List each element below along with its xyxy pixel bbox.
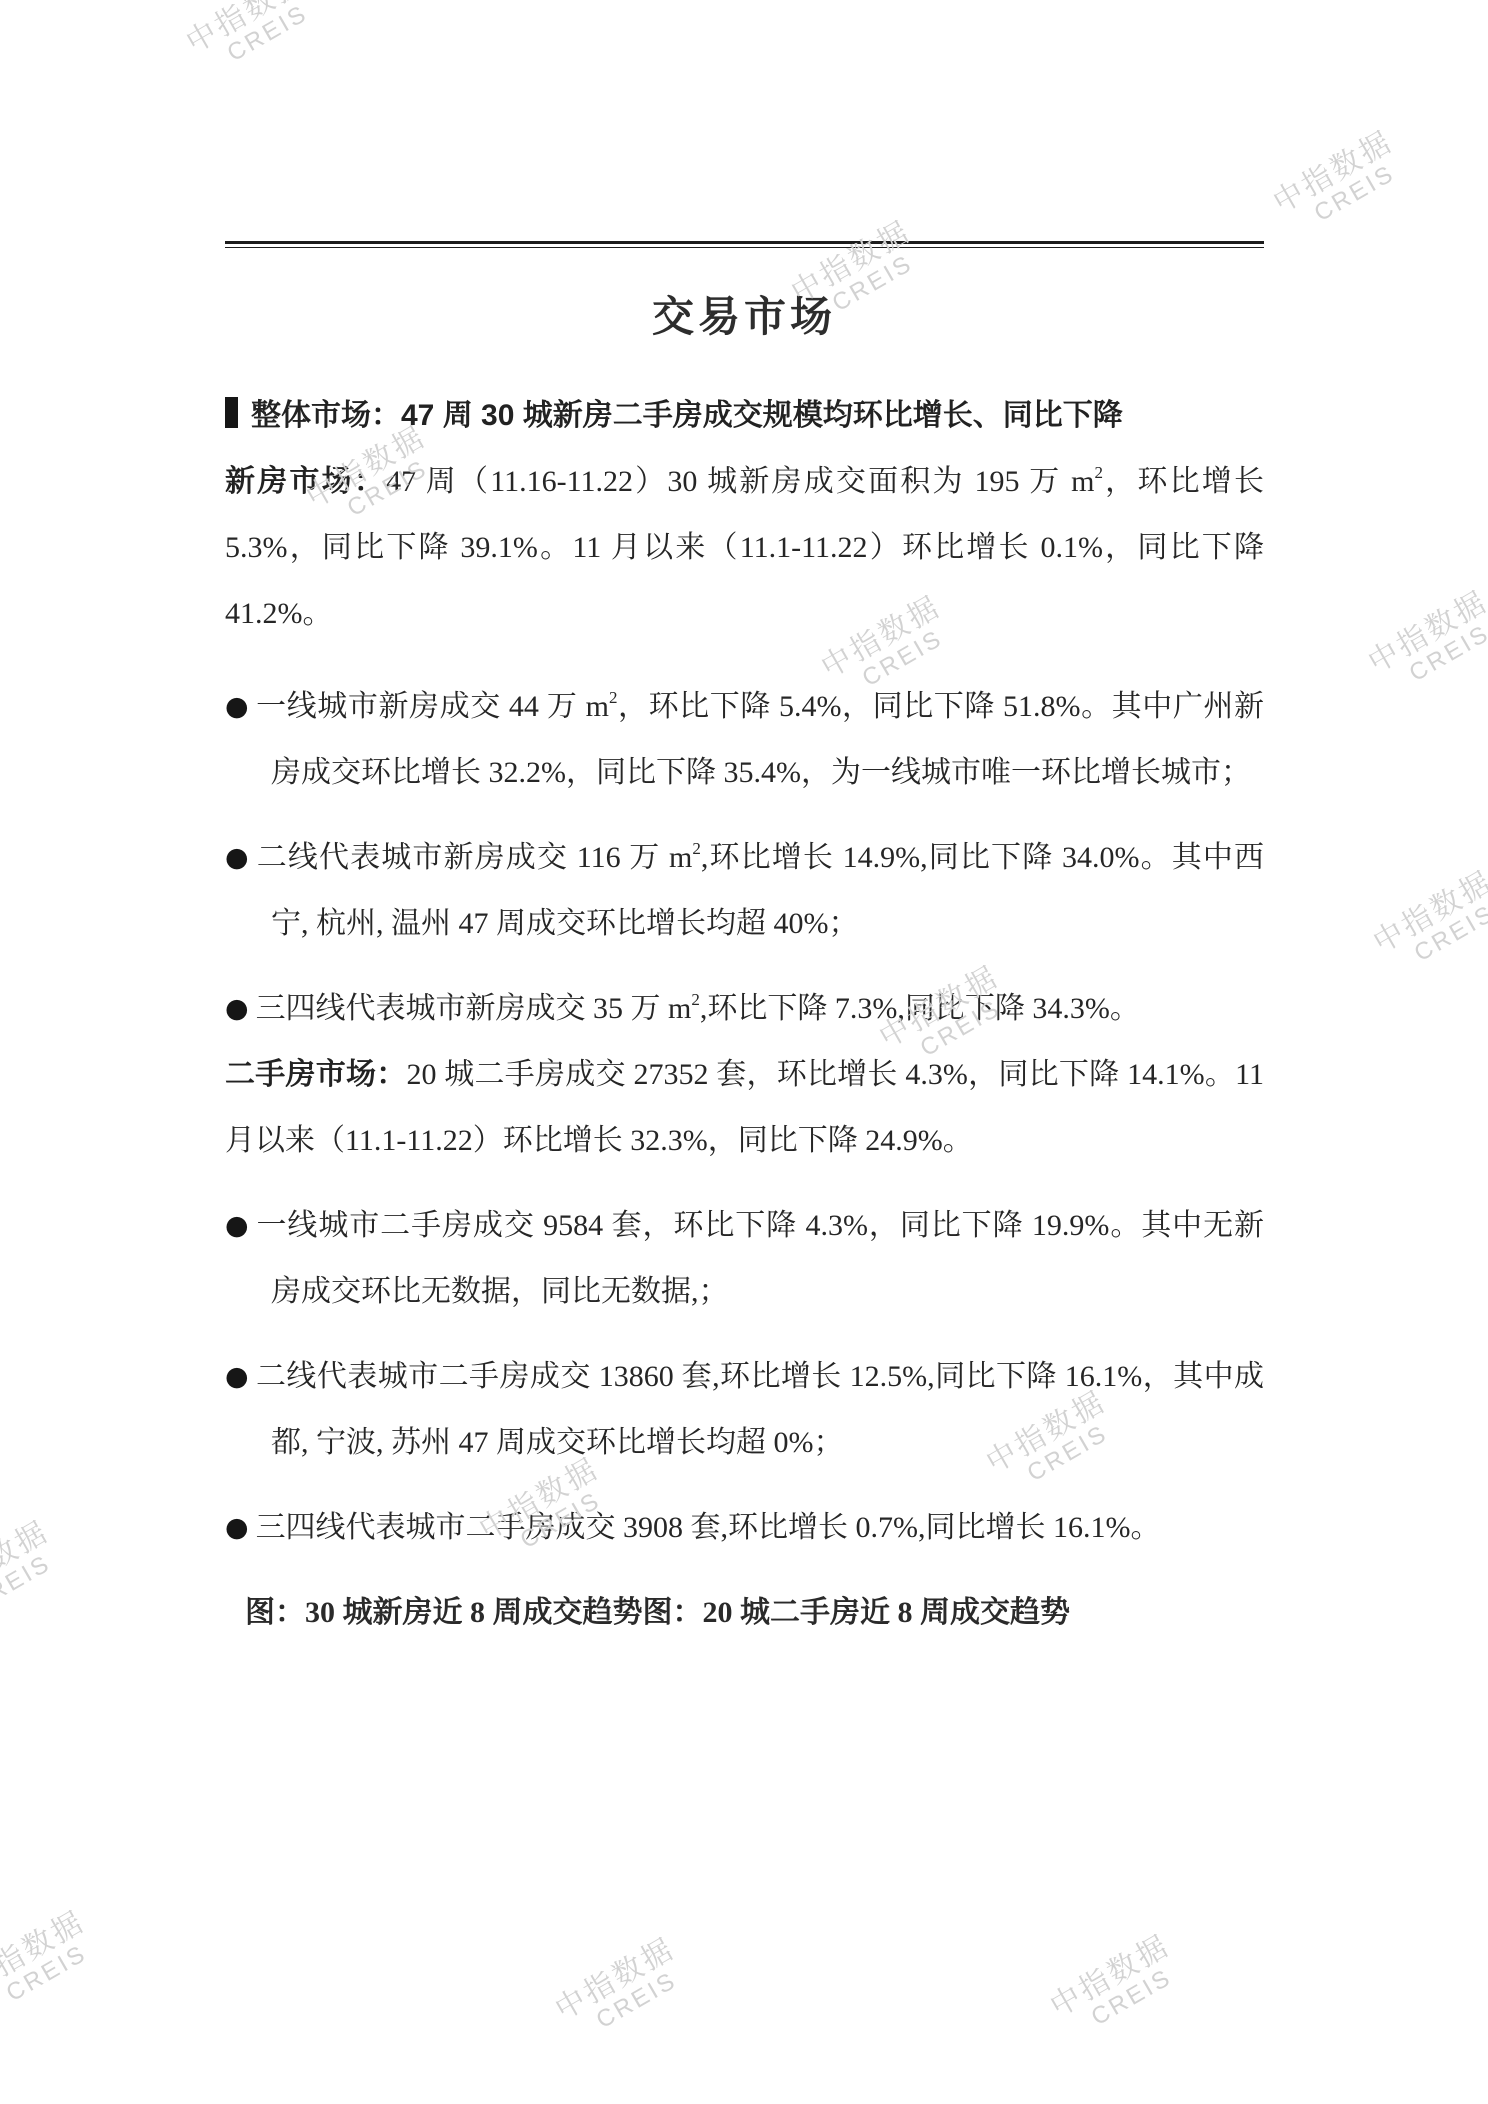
figure-caption: 图：30 城新房近 8 周成交趋势图：20 城二手房近 8 周成交趋势: [225, 1580, 1264, 1646]
watermark: 中指数据CREIS: [1268, 112, 1436, 242]
watermark: 中指数据CREIS: [1045, 1916, 1213, 2046]
heading-bar-icon: [225, 397, 238, 428]
watermark: 中指数据CREIS: [0, 1502, 92, 1632]
paragraph-text: 47 周（11.16-11.22）30 城新房成交面积为 195 万 m: [386, 465, 1094, 498]
bullet-text: 三四线代表城市新房成交 35 万 m: [256, 992, 692, 1025]
watermark: 中指数据CREIS: [181, 0, 349, 82]
bullet-text: 二线代表城市新房成交 116 万 m: [257, 841, 693, 874]
paragraph-lead: 二手房市场：: [225, 1058, 406, 1091]
bullet-item: ●一线城市二手房成交 9584 套，环比下降 4.3%，同比下降 19.9%。其…: [225, 1193, 1264, 1325]
paragraph-second-hand: 二手房市场：20 城二手房成交 27352 套，环比增长 4.3%，同比下降 1…: [225, 1042, 1264, 1174]
bullet-icon: ●: [225, 1361, 249, 1392]
bullet-item: ●三四线代表城市新房成交 35 万 m2,环比下降 7.3%,同比下降 34.3…: [225, 976, 1264, 1042]
bullet-icon: ●: [225, 993, 249, 1024]
bullet-icon: ●: [225, 842, 250, 873]
watermark: 中指数据CREIS: [1368, 852, 1488, 982]
paragraph-lead: 新房市场：: [225, 465, 386, 498]
section-heading-text: 47 周 30 城新房二手房成交规模均环比增长、同比下降: [401, 399, 1123, 432]
page-title: 交易市场: [0, 284, 1488, 344]
double-rule: [225, 241, 1264, 248]
superscript-2: 2: [1094, 463, 1103, 482]
bullet-item: ●二线代表城市二手房成交 13860 套,环比增长 12.5%,同比下降 16.…: [225, 1344, 1264, 1476]
superscript-2: 2: [691, 990, 700, 1009]
bullet-item: ●一线城市新房成交 44 万 m2，环比下降 5.4%，同比下降 51.8%。其…: [225, 674, 1264, 806]
bullet-text: ,环比下降 7.3%,同比下降 34.3%。: [700, 992, 1140, 1025]
superscript-2: 2: [692, 839, 701, 858]
bullet-item: ●二线代表城市新房成交 116 万 m2,环比增长 14.9%,同比下降 34.…: [225, 825, 1264, 957]
report-body: 整体市场：47 周 30 城新房二手房成交规模均环比增长、同比下降 新房市场：4…: [225, 383, 1264, 1665]
paragraph-new-house: 新房市场：47 周（11.16-11.22）30 城新房成交面积为 195 万 …: [225, 449, 1264, 647]
bullet-text: 一线城市二手房成交 9584 套，环比下降 4.3%，同比下降 19.9%。其中…: [256, 1209, 1264, 1308]
bullet-text: 一线城市新房成交 44 万 m: [256, 690, 609, 723]
section-heading-lead: 整体市场：: [251, 399, 401, 432]
bullet-text: 三四线代表城市二手房成交 3908 套,环比增长 0.7%,同比增长 16.1%…: [256, 1511, 1161, 1544]
bullet-text: 二线代表城市二手房成交 13860 套,环比增长 12.5%,同比下降 16.1…: [256, 1360, 1264, 1459]
watermark: 中指数据CREIS: [550, 1919, 718, 2049]
bullet-icon: ●: [225, 1210, 249, 1241]
section-heading: 整体市场：47 周 30 城新房二手房成交规模均环比增长、同比下降: [225, 383, 1264, 449]
bullet-item: ●三四线代表城市二手房成交 3908 套,环比增长 0.7%,同比增长 16.1…: [225, 1495, 1264, 1561]
bullet-icon: ●: [225, 691, 249, 722]
report-page: 交易市场 整体市场：47 周 30 城新房二手房成交规模均环比增长、同比下降 新…: [0, 0, 1488, 2104]
bullet-icon: ●: [225, 1512, 249, 1543]
watermark: 中指数据CREIS: [1363, 572, 1488, 702]
watermark: 中指数据CREIS: [0, 1892, 128, 2022]
